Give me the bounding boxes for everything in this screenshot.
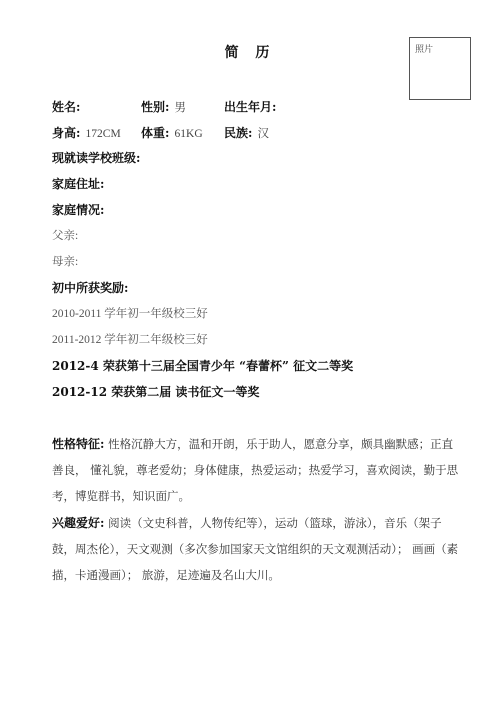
height-field: 身高: 172CM xyxy=(52,122,121,141)
birth-field: 出生年月: xyxy=(224,96,276,115)
hobbies-label: 兴趣爱好: xyxy=(52,516,104,530)
personality-label: 性格特征: xyxy=(52,437,104,451)
personality-paragraph: 性格特征: 性格沉静大方，温和开朗，乐于助人，愿意分享，颇具幽默感；正直善良， … xyxy=(52,431,462,509)
birth-label: 出生年月: xyxy=(224,100,276,114)
award-item: 2012-4 荣获第十三届全国青少年 “春蕾杯” 征文二等奖 xyxy=(52,357,353,374)
weight-value: 61KG xyxy=(175,128,203,140)
weight-field: 体重: 61KG xyxy=(141,122,203,141)
height-value: 172CM xyxy=(86,128,121,140)
name-field: 姓名: xyxy=(52,96,80,115)
family-label: 家庭情况: xyxy=(52,201,104,218)
photo-placeholder: 照片 xyxy=(409,37,471,100)
height-label: 身高: xyxy=(52,126,80,140)
gender-value: 男 xyxy=(175,102,187,114)
award-item: 2010-2011 学年初一年级校三好 xyxy=(52,305,208,321)
ethnicity-value: 汉 xyxy=(258,128,270,140)
hobbies-text: 阅读（文史科普，人物传纪等），运动（篮球，游泳），音乐（架子鼓，周杰伦），天文观… xyxy=(52,516,458,582)
gender-label: 性别: xyxy=(141,100,169,114)
mother-label: 母亲: xyxy=(52,253,78,269)
photo-label: 照片 xyxy=(415,42,433,55)
award-item: 2011-2012 学年初二年级校三好 xyxy=(52,331,208,347)
ethnicity-field: 民族: 汉 xyxy=(224,122,269,141)
awards-heading: 初中所获奖励: xyxy=(52,279,128,296)
ethnicity-label: 民族: xyxy=(224,126,252,140)
address-label: 家庭住址: xyxy=(52,175,104,192)
gender-field: 性别: 男 xyxy=(141,96,186,115)
hobbies-paragraph: 兴趣爱好: 阅读（文史科普，人物传纪等），运动（篮球，游泳），音乐（架子鼓，周杰… xyxy=(52,510,462,588)
name-label: 姓名: xyxy=(52,100,80,114)
personality-text: 性格沉静大方，温和开朗，乐于助人，愿意分享，颇具幽默感；正直善良， 懂礼貌，尊老… xyxy=(52,437,458,503)
school-label: 现就读学校班级: xyxy=(52,149,140,166)
father-label: 父亲: xyxy=(52,227,78,243)
weight-label: 体重: xyxy=(141,126,169,140)
award-item: 2012-12 荣获第二届 读书征文一等奖 xyxy=(52,383,259,400)
